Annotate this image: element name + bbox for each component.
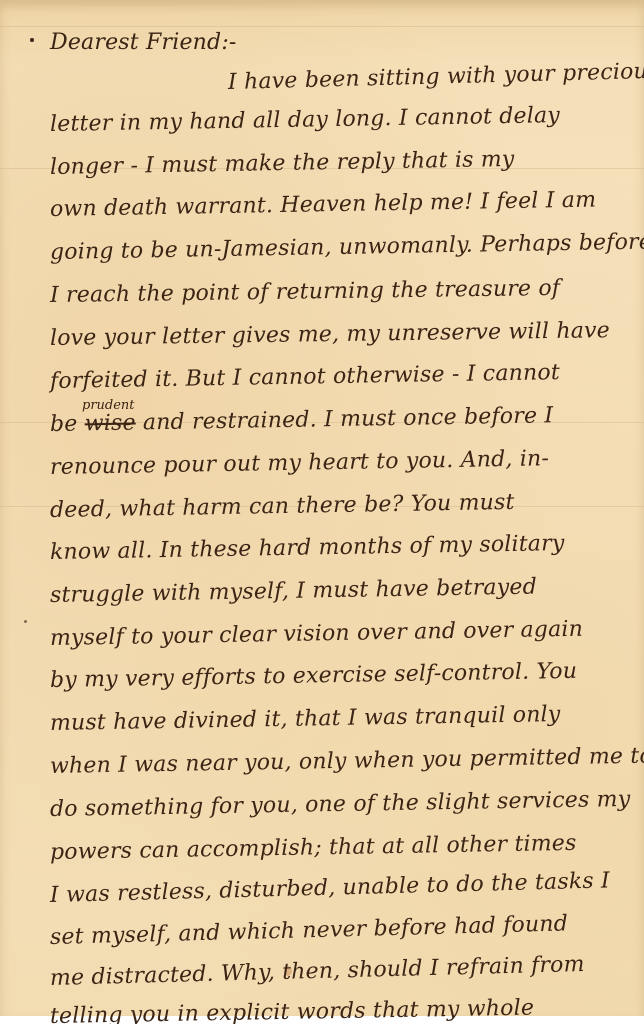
letter-line: must have divined it, that I was tranqui… [50, 702, 561, 736]
letter-line: powers can accomplish; that at all other… [50, 831, 577, 865]
letter-line: love your letter gives me, my unreserve … [50, 318, 610, 351]
letter-line: set myself, and which never before had f… [50, 911, 569, 950]
paper-rule [0, 26, 644, 27]
line-rest: and restrained. I must once before I [143, 403, 554, 435]
letter-line: renounce pour out my heart to you. And, … [50, 446, 549, 480]
ink-dot [30, 38, 34, 42]
letter-line: deed, what harm can there be? You must [50, 490, 515, 523]
letter-line: own death warrant. Heaven help me! I fee… [50, 187, 597, 222]
letter-line: I was restless, disturbed, unable to do … [50, 868, 611, 908]
letter-line: I reach the point of returning the treas… [50, 276, 561, 308]
letter-line: struggle with myself, I must have betray… [50, 575, 537, 608]
letter-line: letter in my hand all day long. I cannot… [50, 103, 560, 137]
line-prefix: be [50, 412, 78, 437]
letter-line: me distracted. Why, then, should I refra… [50, 952, 585, 991]
letter-line: do something for you, one of the slight … [50, 787, 631, 822]
ink-dot [24, 620, 27, 623]
letter-line: forfeited it. But I cannot otherwise - I… [50, 360, 560, 394]
letter-line: telling you in explicit words that my wh… [50, 996, 534, 1024]
letter-line: I have been sitting with your precious [228, 59, 644, 95]
letter-page: Dearest Friend:- I have been sitting wit… [0, 0, 644, 1016]
salutation: Dearest Friend:- [50, 30, 237, 55]
letter-line: when I was near you, only when you permi… [50, 743, 644, 779]
inserted-word: prudent [82, 398, 135, 413]
letter-line: longer - I must make the reply that is m… [50, 147, 515, 180]
letter-line: know all. In these hard months of my sol… [50, 531, 565, 565]
struck-word: wise [84, 411, 135, 437]
letter-line: myself to your clear vision over and ove… [50, 617, 583, 651]
letter-line: by my very efforts to exercise self-cont… [50, 659, 578, 693]
letter-line: going to be un-Jamesian, unwomanly. Perh… [50, 229, 644, 265]
